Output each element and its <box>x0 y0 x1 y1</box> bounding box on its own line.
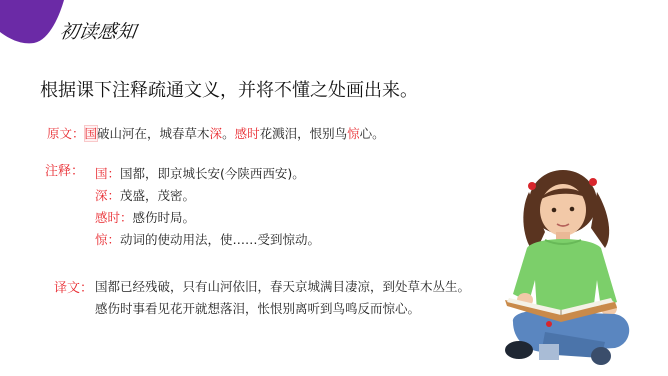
original-segment: 心。 <box>360 126 385 141</box>
gloss-item: 国：国都，即京城长安(今陕西西安)。 <box>95 164 305 182</box>
original-label: 原文： <box>47 126 85 141</box>
original-segment: 花溅泪，恨别鸟 <box>260 126 348 141</box>
gloss-item: 深：茂盛，茂密。 <box>95 186 195 204</box>
section-title: 初读感知 <box>58 17 138 44</box>
girl-reading-illustration <box>505 162 665 370</box>
translation-line: 国都已经残破，只有山河依旧，春天京城满目凄凉，到处草木丛生。 <box>95 277 470 295</box>
original-segment-highlight: 深 <box>210 126 223 141</box>
gloss-definition: 感伤时局。 <box>133 210 196 225</box>
original-segment: 。 <box>222 126 235 141</box>
gloss-definition: 茂盛，茂密。 <box>120 188 195 203</box>
gloss-definition: 国都，即京城长安(今陕西西安)。 <box>120 166 305 181</box>
gloss-term: 深： <box>95 188 120 203</box>
notes-label: 注释： <box>45 160 84 179</box>
gloss-term: 感时： <box>95 210 133 225</box>
gloss-term: 国： <box>95 166 120 181</box>
original-text-line: 原文：国破山河在，城春草木深。感时花溅泪，恨别鸟惊心。 <box>47 124 385 142</box>
translation-line: 感伤时事看见花开就想落泪，怅恨别离听到鸟鸣反而惊心。 <box>95 299 420 317</box>
original-segment: 破山河在，城春草木 <box>97 126 210 141</box>
gloss-term: 惊： <box>95 232 120 247</box>
gloss-item: 惊：动词的使动用法，使……受到惊动。 <box>95 230 320 248</box>
gloss-item: 感时：感伤时局。 <box>95 208 195 226</box>
original-segment-highlight: 国 <box>85 126 98 141</box>
original-segment-highlight: 感时 <box>235 126 260 141</box>
slide: 初读感知 根据课下注释疏通文义，并将不懂之处画出来。 原文：国破山河在，城春草木… <box>0 0 668 376</box>
gloss-definition: 动词的使动用法，使……受到惊动。 <box>120 232 320 247</box>
original-segment-highlight: 惊 <box>347 126 360 141</box>
instruction-text: 根据课下注释疏通文义，并将不懂之处画出来。 <box>40 76 418 102</box>
translation-label: 译文： <box>54 277 93 296</box>
